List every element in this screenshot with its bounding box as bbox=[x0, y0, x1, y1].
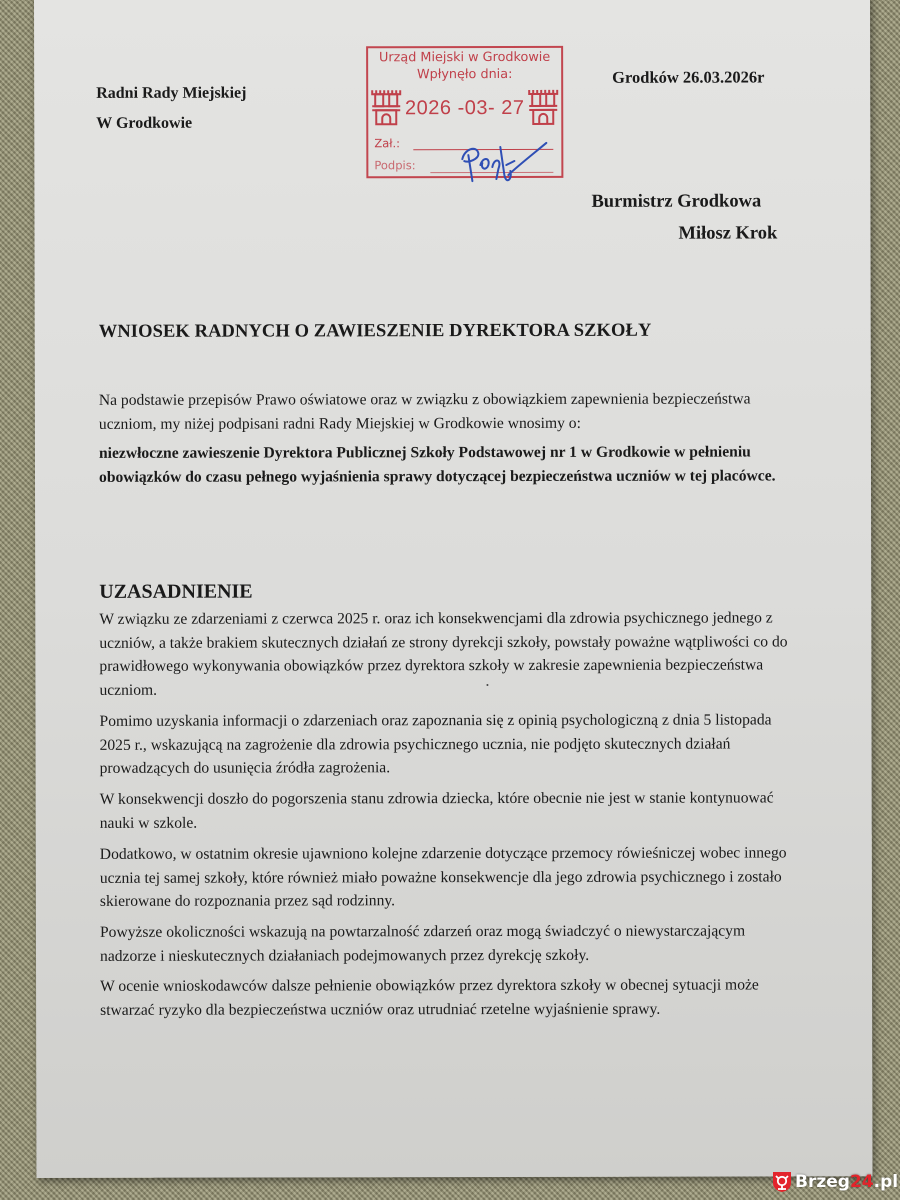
intro-paragraph: Na podstawie przepisów Prawo oświatowe o… bbox=[99, 387, 789, 435]
document-title: WNIOSEK RADNYCH O ZAWIESZENIE DYREKTORA … bbox=[99, 321, 652, 343]
sender-line-2: W Grodkowie bbox=[96, 115, 192, 133]
justification-paragraph: Dodatkowo, w ostatnim okresie ujawniono … bbox=[100, 841, 790, 913]
justification-paragraph: W związku ze zdarzeniami z czerwca 2025 … bbox=[99, 606, 789, 701]
watermark-brand-text: Brzeg24.pl bbox=[795, 1172, 898, 1192]
addressee-title: Burmistrz Grodkowa bbox=[591, 191, 761, 212]
sender-line-1: Radni Rady Miejskiej bbox=[96, 85, 246, 103]
justification-heading: UZASADNIENIE bbox=[99, 581, 252, 604]
justification-paragraph: Pomimo uzyskania informacji o zdarzeniac… bbox=[99, 708, 789, 780]
handwritten-signature-icon bbox=[454, 135, 549, 197]
ink-dot bbox=[486, 684, 488, 686]
stamp-received-label: Wpłynęło dnia: bbox=[368, 67, 561, 82]
place-and-date: Grodków 26.03.2026r bbox=[612, 67, 764, 87]
request-paragraph: niezwłoczne zawieszenie Dyrektora Public… bbox=[99, 440, 789, 488]
stamp-signature-label: Podpis: bbox=[374, 158, 415, 172]
justification-paragraph: Powyższe okoliczności wskazują na powtar… bbox=[100, 919, 790, 967]
stamp-attachments-label: Zał.: bbox=[374, 136, 400, 150]
stamp-office: Urząd Miejski w Grodkowie bbox=[368, 50, 561, 65]
addressee-name: Miłosz Krok bbox=[678, 223, 777, 244]
justification-paragraph: W ocenie wnioskodawców dalsze pełnienie … bbox=[100, 973, 790, 1021]
brzeg24-watermark: Brzeg24.pl bbox=[772, 1171, 898, 1193]
brzeg24-shield-logo-icon bbox=[772, 1171, 792, 1193]
justification-paragraph: W konsekwencji doszło do pogorszenia sta… bbox=[100, 786, 790, 834]
document-page: Radni Rady Miejskiej W Grodkowie Urząd M… bbox=[34, 0, 872, 1178]
castle-icon bbox=[527, 86, 559, 126]
